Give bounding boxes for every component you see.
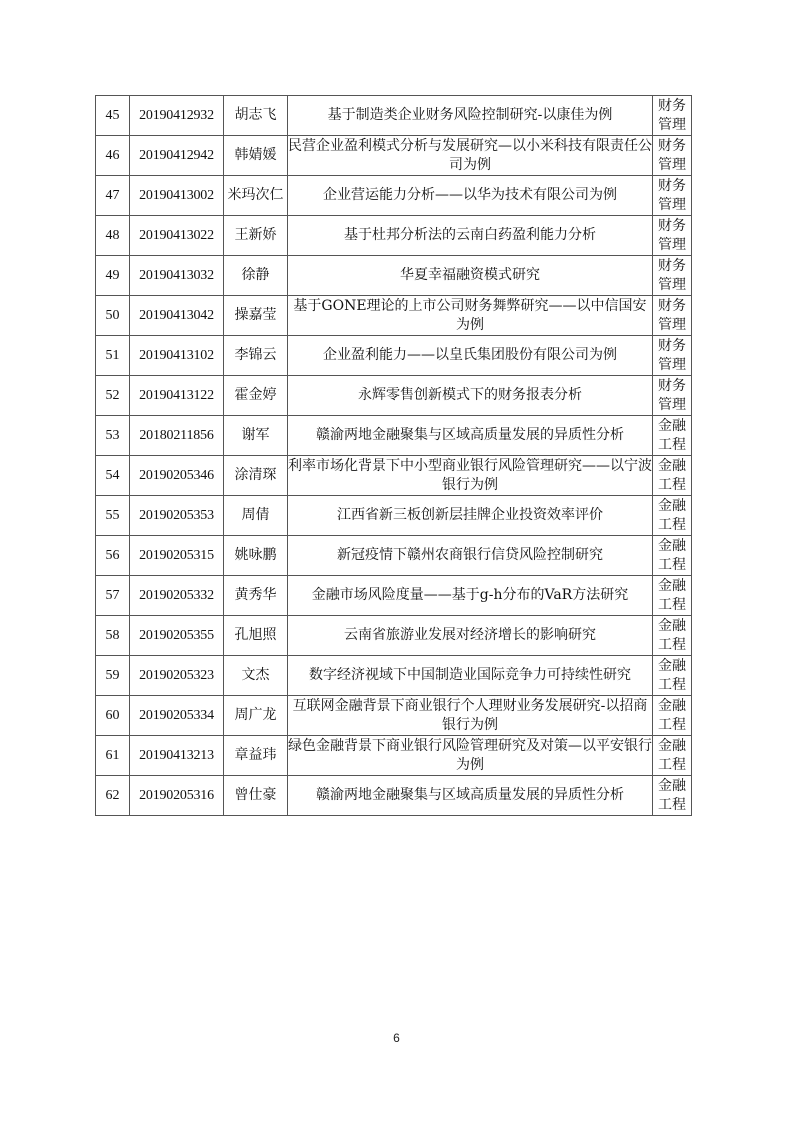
- table-row: 5420190205346涂清琛利率市场化背景下中小型商业银行风险管理研究——以…: [96, 456, 692, 496]
- table-row: 4520190412932胡志飞基于制造类企业财务风险控制研究-以康佳为例财务管…: [96, 96, 692, 136]
- student-name-cell: 王新娇: [224, 216, 288, 256]
- student-name-cell: 章益玮: [224, 736, 288, 776]
- thesis-title-cell: 利率市场化背景下中小型商业银行风险管理研究——以宁波银行为例: [288, 456, 653, 496]
- major-cell: 金融工程: [653, 496, 692, 536]
- row-number-cell: 52: [96, 376, 130, 416]
- major-cell: 金融工程: [653, 616, 692, 656]
- major-text: 管理: [653, 356, 691, 375]
- major-text: 财务: [653, 337, 691, 356]
- student-id-cell: 20190205355: [130, 616, 224, 656]
- thesis-title-cell: 企业营运能力分析——以华为技术有限公司为例: [288, 176, 653, 216]
- major-text: 金融: [653, 657, 691, 676]
- row-number-cell: 56: [96, 536, 130, 576]
- major-cell: 金融工程: [653, 536, 692, 576]
- table-row: 5620190205315姚咏鹏新冠疫情下赣州农商银行信贷风险控制研究金融工程: [96, 536, 692, 576]
- major-text: 管理: [653, 316, 691, 335]
- major-text: 财务: [653, 297, 691, 316]
- major-text: 工程: [653, 756, 691, 775]
- student-name-cell: 谢军: [224, 416, 288, 456]
- table-row: 4720190413002米玛次仁企业营运能力分析——以华为技术有限公司为例财务…: [96, 176, 692, 216]
- thesis-title-cell: 云南省旅游业发展对经济增长的影响研究: [288, 616, 653, 656]
- table-row: 4620190412942韩婧媛民营企业盈利模式分析与发展研究—以小米科技有限责…: [96, 136, 692, 176]
- table-body: 4520190412932胡志飞基于制造类企业财务风险控制研究-以康佳为例财务管…: [96, 96, 692, 816]
- major-cell: 金融工程: [653, 416, 692, 456]
- row-number-cell: 45: [96, 96, 130, 136]
- thesis-title-cell: 基于制造类企业财务风险控制研究-以康佳为例: [288, 96, 653, 136]
- student-name-cell: 文杰: [224, 656, 288, 696]
- major-text: 工程: [653, 436, 691, 455]
- table-row: 5120190413102李锦云企业盈利能力——以皇氏集团股份有限公司为例财务管…: [96, 336, 692, 376]
- table-row: 5220190413122霍金婷永辉零售创新模式下的财务报表分析财务管理: [96, 376, 692, 416]
- row-number-cell: 51: [96, 336, 130, 376]
- thesis-title-cell: 基于GONE理论的上市公司财务舞弊研究——以中信国安为例: [288, 296, 653, 336]
- row-number-cell: 61: [96, 736, 130, 776]
- major-cell: 财务管理: [653, 136, 692, 176]
- thesis-title-cell: 互联网金融背景下商业银行个人理财业务发展研究-以招商银行为例: [288, 696, 653, 736]
- major-text: 工程: [653, 556, 691, 575]
- major-text: 金融: [653, 777, 691, 796]
- major-cell: 金融工程: [653, 456, 692, 496]
- student-id-cell: 20190413032: [130, 256, 224, 296]
- major-text: 工程: [653, 636, 691, 655]
- student-name-cell: 姚咏鹏: [224, 536, 288, 576]
- student-name-cell: 徐静: [224, 256, 288, 296]
- student-name-cell: 米玛次仁: [224, 176, 288, 216]
- thesis-title-cell: 金融市场风险度量——基于g-h分布的VaR方法研究: [288, 576, 653, 616]
- thesis-title-cell: 华夏幸福融资模式研究: [288, 256, 653, 296]
- table-row: 5520190205353周倩江西省新三板创新层挂牌企业投资效率评价金融工程: [96, 496, 692, 536]
- major-text: 工程: [653, 796, 691, 815]
- student-id-cell: 20190413022: [130, 216, 224, 256]
- student-id-cell: 20180211856: [130, 416, 224, 456]
- table-row: 4920190413032徐静华夏幸福融资模式研究财务管理: [96, 256, 692, 296]
- major-text: 财务: [653, 377, 691, 396]
- major-text: 财务: [653, 97, 691, 116]
- student-name-cell: 涂清琛: [224, 456, 288, 496]
- major-cell: 财务管理: [653, 96, 692, 136]
- student-id-cell: 20190205316: [130, 776, 224, 816]
- thesis-title-cell: 基于杜邦分析法的云南白药盈利能力分析: [288, 216, 653, 256]
- table-row: 6120190413213章益玮绿色金融背景下商业银行风险管理研究及对策—以平安…: [96, 736, 692, 776]
- major-text: 金融: [653, 577, 691, 596]
- student-id-cell: 20190205332: [130, 576, 224, 616]
- major-cell: 财务管理: [653, 296, 692, 336]
- major-cell: 财务管理: [653, 216, 692, 256]
- major-cell: 财务管理: [653, 176, 692, 216]
- major-cell: 金融工程: [653, 696, 692, 736]
- thesis-title-cell: 赣渝两地金融聚集与区域高质量发展的异质性分析: [288, 416, 653, 456]
- thesis-title-cell: 永辉零售创新模式下的财务报表分析: [288, 376, 653, 416]
- major-text: 管理: [653, 156, 691, 175]
- row-number-cell: 54: [96, 456, 130, 496]
- row-number-cell: 53: [96, 416, 130, 456]
- row-number-cell: 47: [96, 176, 130, 216]
- thesis-title-cell: 江西省新三板创新层挂牌企业投资效率评价: [288, 496, 653, 536]
- major-text: 金融: [653, 417, 691, 436]
- student-name-cell: 曾仕豪: [224, 776, 288, 816]
- table-row: 4820190413022王新娇基于杜邦分析法的云南白药盈利能力分析财务管理: [96, 216, 692, 256]
- row-number-cell: 46: [96, 136, 130, 176]
- student-id-cell: 20190412932: [130, 96, 224, 136]
- major-text: 管理: [653, 236, 691, 255]
- major-cell: 金融工程: [653, 576, 692, 616]
- table-row: 5020190413042操嘉莹基于GONE理论的上市公司财务舞弊研究——以中信…: [96, 296, 692, 336]
- major-text: 工程: [653, 516, 691, 535]
- major-text: 金融: [653, 497, 691, 516]
- row-number-cell: 55: [96, 496, 130, 536]
- student-id-cell: 20190205353: [130, 496, 224, 536]
- major-text: 工程: [653, 716, 691, 735]
- thesis-title-cell: 数字经济视域下中国制造业国际竞争力可持续性研究: [288, 656, 653, 696]
- major-text: 财务: [653, 177, 691, 196]
- student-name-cell: 周倩: [224, 496, 288, 536]
- major-text: 管理: [653, 196, 691, 215]
- student-name-cell: 李锦云: [224, 336, 288, 376]
- row-number-cell: 50: [96, 296, 130, 336]
- major-text: 工程: [653, 476, 691, 495]
- major-text: 财务: [653, 257, 691, 276]
- table-row: 5720190205332黄秀华金融市场风险度量——基于g-h分布的VaR方法研…: [96, 576, 692, 616]
- table-row: 5320180211856谢军赣渝两地金融聚集与区域高质量发展的异质性分析金融工…: [96, 416, 692, 456]
- major-text: 工程: [653, 676, 691, 695]
- thesis-title-cell: 民营企业盈利模式分析与发展研究—以小米科技有限责任公司为例: [288, 136, 653, 176]
- row-number-cell: 62: [96, 776, 130, 816]
- student-name-cell: 黄秀华: [224, 576, 288, 616]
- thesis-topic-table: 4520190412932胡志飞基于制造类企业财务风险控制研究-以康佳为例财务管…: [95, 95, 692, 816]
- major-text: 金融: [653, 697, 691, 716]
- page-number: 6: [0, 1031, 793, 1045]
- major-cell: 财务管理: [653, 336, 692, 376]
- student-name-cell: 孔旭照: [224, 616, 288, 656]
- row-number-cell: 58: [96, 616, 130, 656]
- student-id-cell: 20190205323: [130, 656, 224, 696]
- student-id-cell: 20190205334: [130, 696, 224, 736]
- major-text: 金融: [653, 737, 691, 756]
- thesis-title-cell: 绿色金融背景下商业银行风险管理研究及对策—以平安银行为例: [288, 736, 653, 776]
- thesis-title-cell: 企业盈利能力——以皇氏集团股份有限公司为例: [288, 336, 653, 376]
- student-id-cell: 20190413102: [130, 336, 224, 376]
- student-name-cell: 胡志飞: [224, 96, 288, 136]
- student-id-cell: 20190412942: [130, 136, 224, 176]
- major-text: 工程: [653, 596, 691, 615]
- major-text: 管理: [653, 116, 691, 135]
- row-number-cell: 49: [96, 256, 130, 296]
- table-row: 6020190205334周广龙互联网金融背景下商业银行个人理财业务发展研究-以…: [96, 696, 692, 736]
- table-row: 6220190205316曾仕豪赣渝两地金融聚集与区域高质量发展的异质性分析金融…: [96, 776, 692, 816]
- student-id-cell: 20190413002: [130, 176, 224, 216]
- major-text: 管理: [653, 396, 691, 415]
- major-text: 金融: [653, 457, 691, 476]
- major-text: 财务: [653, 137, 691, 156]
- student-id-cell: 20190413122: [130, 376, 224, 416]
- major-cell: 财务管理: [653, 376, 692, 416]
- row-number-cell: 60: [96, 696, 130, 736]
- student-name-cell: 周广龙: [224, 696, 288, 736]
- major-text: 财务: [653, 217, 691, 236]
- major-text: 金融: [653, 617, 691, 636]
- table-row: 5820190205355孔旭照云南省旅游业发展对经济增长的影响研究金融工程: [96, 616, 692, 656]
- student-id-cell: 20190205346: [130, 456, 224, 496]
- row-number-cell: 48: [96, 216, 130, 256]
- student-name-cell: 操嘉莹: [224, 296, 288, 336]
- row-number-cell: 57: [96, 576, 130, 616]
- major-cell: 金融工程: [653, 776, 692, 816]
- major-text: 管理: [653, 276, 691, 295]
- row-number-cell: 59: [96, 656, 130, 696]
- thesis-title-cell: 新冠疫情下赣州农商银行信贷风险控制研究: [288, 536, 653, 576]
- student-id-cell: 20190413213: [130, 736, 224, 776]
- major-cell: 金融工程: [653, 736, 692, 776]
- student-name-cell: 韩婧媛: [224, 136, 288, 176]
- major-text: 金融: [653, 537, 691, 556]
- table-row: 5920190205323文杰数字经济视域下中国制造业国际竞争力可持续性研究金融…: [96, 656, 692, 696]
- student-id-cell: 20190205315: [130, 536, 224, 576]
- student-name-cell: 霍金婷: [224, 376, 288, 416]
- major-cell: 金融工程: [653, 656, 692, 696]
- thesis-title-cell: 赣渝两地金融聚集与区域高质量发展的异质性分析: [288, 776, 653, 816]
- major-cell: 财务管理: [653, 256, 692, 296]
- student-id-cell: 20190413042: [130, 296, 224, 336]
